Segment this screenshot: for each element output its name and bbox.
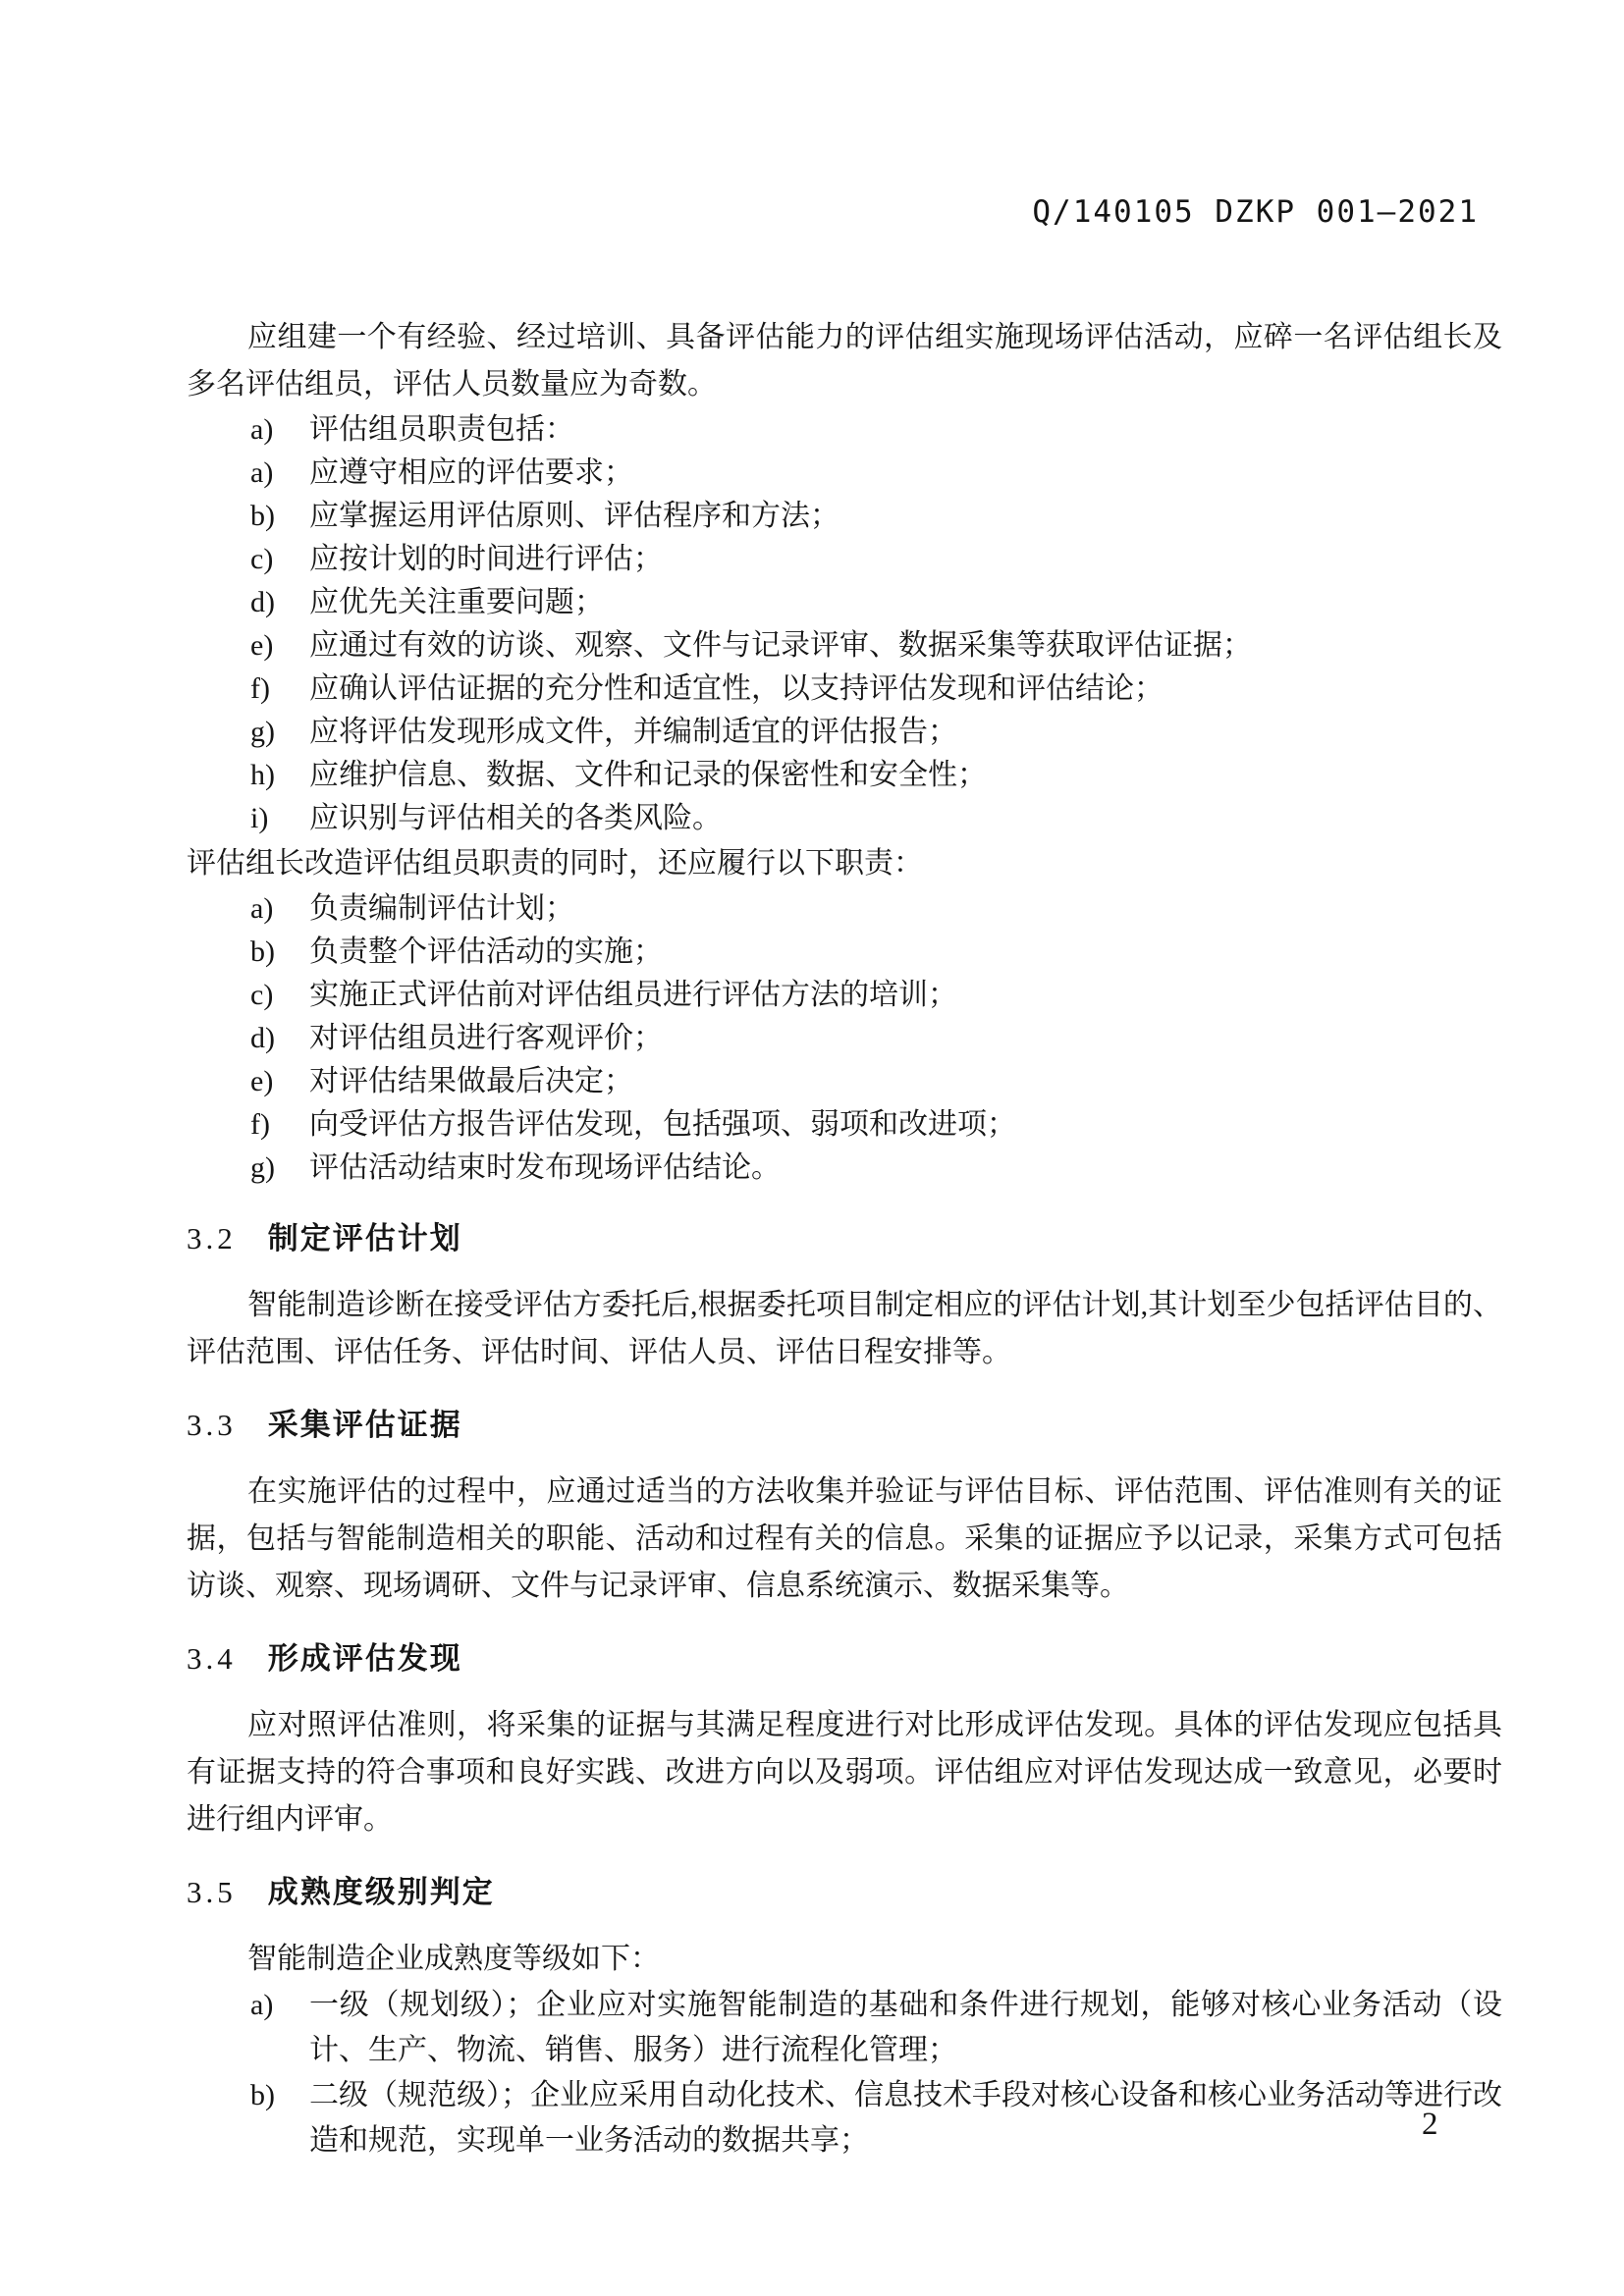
list-item-text: 评估组员职责包括： — [309, 408, 1502, 452]
list-item: f)向受评估方报告评估发现，包括强项、弱项和改进项； — [187, 1103, 1502, 1147]
list-item-label: d) — [250, 581, 309, 624]
list-item-label: b) — [250, 931, 309, 974]
section-title: 成熟度级别判定 — [268, 1873, 495, 1912]
list-item: g)评估活动结束时发布现场评估结论。 — [187, 1147, 1502, 1190]
section-3-5: 3.5成熟度级别判定 智能制造企业成熟度等级如下： a)一级（规划级）；企业应对… — [187, 1873, 1502, 2163]
list-item-label: b) — [250, 495, 309, 538]
list-item-label: g) — [250, 711, 309, 754]
section-number: 3.4 — [187, 1639, 237, 1679]
list-item: a)应遵守相应的评估要求； — [187, 452, 1502, 495]
list-item-label: e) — [250, 624, 309, 667]
section-3-2: 3.2制定评估计划 智能制造诊断在接受评估方委托后,根据委托项目制定相应的评估计… — [187, 1219, 1502, 1376]
leader-duty-list: a)负责编制评估计划； b)负责整个评估活动的实施； c)实施正式评估前对评估组… — [187, 887, 1502, 1190]
list-item-label: a) — [250, 408, 309, 452]
section-3-3: 3.3采集评估证据 在实施评估的过程中，应通过适当的方法收集并验证与评估目标、评… — [187, 1406, 1502, 1610]
list-item: b)应掌握运用评估原则、评估程序和方法； — [187, 495, 1502, 538]
list-item-text: 应优先关注重要问题； — [309, 581, 1502, 624]
section-number: 3.2 — [187, 1219, 237, 1258]
list-item-label: h) — [250, 754, 309, 797]
section-number: 3.5 — [187, 1873, 237, 1912]
list-item-text: 对评估组员进行客观评价； — [309, 1017, 1502, 1060]
list-item: d)对评估组员进行客观评价； — [187, 1017, 1502, 1060]
doc-code: Q/140105 DZKP 001—2021 — [1032, 194, 1479, 230]
list-item-label: a) — [250, 887, 309, 931]
list-item-text: 应按计划的时间进行评估； — [309, 538, 1502, 581]
list-item-label: c) — [250, 538, 309, 581]
list-item: a)评估组员职责包括： — [187, 408, 1502, 452]
list-item: c)应按计划的时间进行评估； — [187, 538, 1502, 581]
section-paragraph: 智能制造企业成熟度等级如下： — [187, 1936, 1502, 1983]
list-item-text: 应维护信息、数据、文件和记录的保密性和安全性； — [309, 754, 1502, 797]
list-item: a)一级（规划级）；企业应对实施智能制造的基础和条件进行规划，能够对核心业务活动… — [187, 1983, 1502, 2073]
section-paragraph: 应对照评估准则，将采集的证据与其满足程度进行对比形成评估发现。具体的评估发现应包… — [187, 1702, 1502, 1843]
list-item-text: 应确认评估证据的充分性和适宜性，以支持评估发现和评估结论； — [309, 667, 1502, 711]
list-item-label: d) — [250, 1017, 309, 1060]
member-duty-list: a)评估组员职责包括： a)应遵守相应的评估要求； b)应掌握运用评估原则、评估… — [187, 408, 1502, 840]
list-item: h)应维护信息、数据、文件和记录的保密性和安全性； — [187, 754, 1502, 797]
section-number: 3.3 — [187, 1406, 237, 1445]
section-heading: 3.2制定评估计划 — [187, 1219, 1502, 1258]
maturity-level-list: a)一级（规划级）；企业应对实施智能制造的基础和条件进行规划，能够对核心业务活动… — [187, 1983, 1502, 2163]
page-number: 2 — [1422, 2107, 1438, 2143]
list-item: b)二级（规范级）；企业应采用自动化技术、信息技术手段对核心设备和核心业务活动等… — [187, 2073, 1502, 2163]
list-item-text: 应遵守相应的评估要求； — [309, 452, 1502, 495]
section-title: 制定评估计划 — [268, 1219, 462, 1258]
list-item-label: e) — [250, 1060, 309, 1103]
list-item-label: f) — [250, 1103, 309, 1147]
list-item-text: 对评估结果做最后决定； — [309, 1060, 1502, 1103]
section-heading: 3.4形成评估发现 — [187, 1639, 1502, 1679]
list-item: c)实施正式评估前对评估组员进行评估方法的培训； — [187, 974, 1502, 1017]
list-item: b)负责整个评估活动的实施； — [187, 931, 1502, 974]
list-item-label: c) — [250, 974, 309, 1017]
list-item-text: 应将评估发现形成文件，并编制适宜的评估报告； — [309, 711, 1502, 754]
list-item-text: 负责整个评估活动的实施； — [309, 931, 1502, 974]
list-item-text: 应掌握运用评估原则、评估程序和方法； — [309, 495, 1502, 538]
list-item: d)应优先关注重要问题； — [187, 581, 1502, 624]
list-item-text: 向受评估方报告评估发现，包括强项、弱项和改进项； — [309, 1103, 1502, 1147]
list-item-label: f) — [250, 667, 309, 711]
list-item-label: b) — [250, 2073, 309, 2163]
section-paragraph: 智能制造诊断在接受评估方委托后,根据委托项目制定相应的评估计划,其计划至少包括评… — [187, 1282, 1502, 1376]
list-item: f)应确认评估证据的充分性和适宜性，以支持评估发现和评估结论； — [187, 667, 1502, 711]
list-item: a)负责编制评估计划； — [187, 887, 1502, 931]
list-item-label: g) — [250, 1147, 309, 1190]
section-paragraph: 在实施评估的过程中，应通过适当的方法收集并验证与评估目标、评估范围、评估准则有关… — [187, 1468, 1502, 1610]
list-item-text: 二级（规范级）；企业应采用自动化技术、信息技术手段对核心设备和核心业务活动等进行… — [309, 2073, 1502, 2163]
list-item-text: 应识别与评估相关的各类风险。 — [309, 797, 1502, 840]
page-content: 应组建一个有经验、经过培训、具备评估能力的评估组实施现场评估活动，应碎一名评估组… — [187, 314, 1502, 2163]
list-item-text: 实施正式评估前对评估组员进行评估方法的培训； — [309, 974, 1502, 1017]
section-title: 采集评估证据 — [268, 1406, 462, 1445]
list-item: e)对评估结果做最后决定； — [187, 1060, 1502, 1103]
document-page: Q/140105 DZKP 001—2021 应组建一个有经验、经过培训、具备评… — [0, 0, 1624, 2296]
section-heading: 3.3采集评估证据 — [187, 1406, 1502, 1445]
section-title: 形成评估发现 — [268, 1639, 462, 1679]
list-item-text: 评估活动结束时发布现场评估结论。 — [309, 1147, 1502, 1190]
list-item: g)应将评估发现形成文件，并编制适宜的评估报告； — [187, 711, 1502, 754]
list-item: e)应通过有效的访谈、观察、文件与记录评审、数据采集等获取评估证据； — [187, 624, 1502, 667]
intro-paragraph: 应组建一个有经验、经过培训、具备评估能力的评估组实施现场评估活动，应碎一名评估组… — [187, 314, 1502, 408]
section-heading: 3.5成熟度级别判定 — [187, 1873, 1502, 1912]
list-item-label: a) — [250, 452, 309, 495]
list-item: i)应识别与评估相关的各类风险。 — [187, 797, 1502, 840]
list-item-text: 负责编制评估计划； — [309, 887, 1502, 931]
list-item-label: a) — [250, 1983, 309, 2073]
list-item-text: 一级（规划级）；企业应对实施智能制造的基础和条件进行规划，能够对核心业务活动（设… — [309, 1983, 1502, 2073]
list-item-text: 应通过有效的访谈、观察、文件与记录评审、数据采集等获取评估证据； — [309, 624, 1502, 667]
leader-intro-paragraph: 评估组长改造评估组员职责的同时，还应履行以下职责： — [187, 840, 1502, 887]
list-item-label: i) — [250, 797, 309, 840]
section-3-4: 3.4形成评估发现 应对照评估准则，将采集的证据与其满足程度进行对比形成评估发现… — [187, 1639, 1502, 1843]
